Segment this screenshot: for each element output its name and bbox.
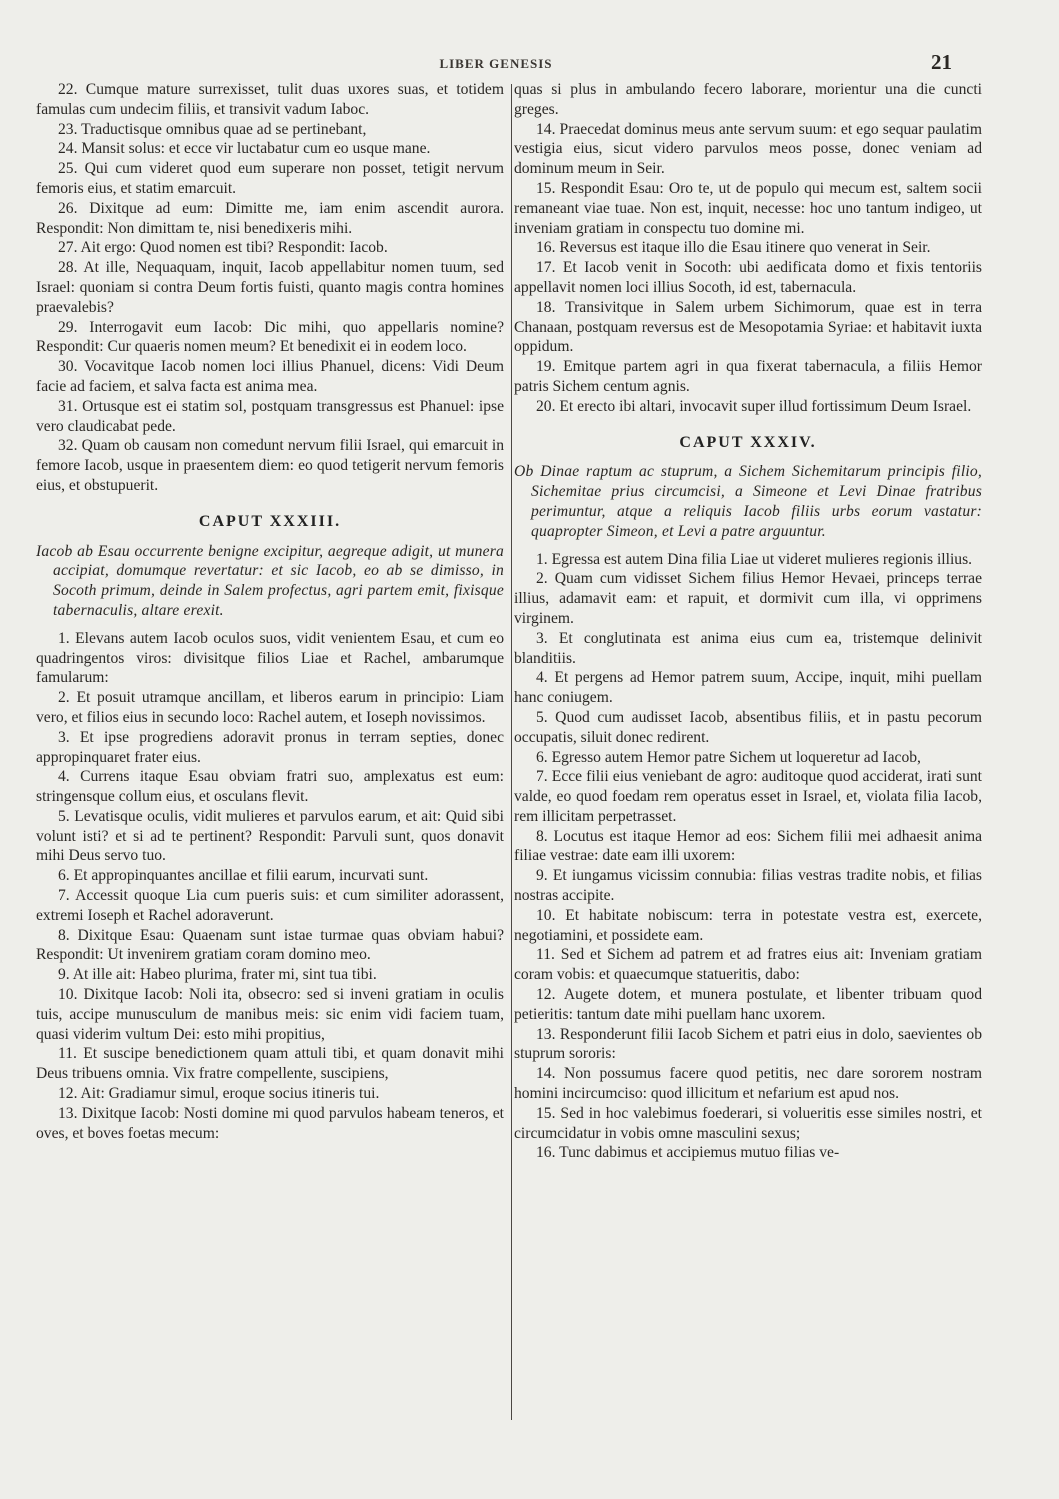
page-header: LIBER GENESIS 21 bbox=[40, 50, 952, 76]
verse-paragraph: 14. Praecedat dominus meus ante servum s… bbox=[514, 120, 982, 179]
verse-paragraph: 6. Et appropinquantes ancillae et filii … bbox=[36, 866, 504, 886]
verse-paragraph: 6. Egresso autem Hemor patre Sichem ut l… bbox=[514, 748, 982, 768]
verse-paragraph: 31. Ortusque est ei statim sol, postquam… bbox=[36, 397, 504, 437]
column-divider bbox=[511, 84, 512, 1420]
verse-paragraph: 16. Tunc dabimus et accipiemus mutuo fil… bbox=[514, 1143, 982, 1163]
page-number: 21 bbox=[931, 50, 952, 75]
verse-paragraph: 1. Egressa est autem Dina filia Liae ut … bbox=[514, 550, 982, 570]
verse-paragraph: 14. Non possumus facere quod petitis, ne… bbox=[514, 1064, 982, 1104]
verse-paragraph: 22. Cumque mature surrexisset, tulit dua… bbox=[36, 80, 504, 120]
verse-paragraph: 12. Augete dotem, et munera postulate, e… bbox=[514, 985, 982, 1025]
chapter-summary: Ob Dinae raptum ac stuprum, a Sichem Sic… bbox=[514, 462, 982, 541]
verse-paragraph: 1. Elevans autem Iacob oculos suos, vidi… bbox=[36, 629, 504, 688]
verse-paragraph: 7. Accessit quoque Lia cum pueris suis: … bbox=[36, 886, 504, 926]
verse-paragraph: 20. Et erecto ibi altari, invocavit supe… bbox=[514, 397, 982, 417]
verse-paragraph: 18. Transivitque in Salem urbem Sichimor… bbox=[514, 298, 982, 357]
verse-paragraph: 32. Quam ob causam non comedunt nervum f… bbox=[36, 436, 504, 495]
chapter-heading: CAPUT XXXIV. bbox=[514, 433, 982, 453]
verse-paragraph: 15. Sed in hoc valebimus foederari, si v… bbox=[514, 1104, 982, 1144]
chapter-heading: CAPUT XXXIII. bbox=[36, 512, 504, 532]
verse-paragraph: 15. Respondit Esau: Oro te, ut de populo… bbox=[514, 179, 982, 238]
verse-paragraph: 2. Et posuit utramque ancillam, et liber… bbox=[36, 688, 504, 728]
verse-paragraph: 11. Sed et Sichem ad patrem et ad fratre… bbox=[514, 945, 982, 985]
verse-paragraph: 16. Reversus est itaque illo die Esau it… bbox=[514, 238, 982, 258]
verse-paragraph: 13. Responderunt filii Iacob Sichem et p… bbox=[514, 1025, 982, 1065]
verse-paragraph: 5. Quod cum audisset Iacob, absentibus f… bbox=[514, 708, 982, 748]
verse-paragraph: 8. Locutus est itaque Hemor ad eos: Sich… bbox=[514, 827, 982, 867]
verse-paragraph: 29. Interrogavit eum Iacob: Dic mihi, qu… bbox=[36, 318, 504, 358]
verse-paragraph: 13. Dixitque Iacob: Nosti domine mi quod… bbox=[36, 1104, 504, 1144]
verse-paragraph: quas si plus in ambulando fecero laborar… bbox=[514, 80, 982, 120]
verse-paragraph: 9. At ille ait: Habeo plurima, frater mi… bbox=[36, 965, 504, 985]
verse-paragraph: 28. At ille, Nequaquam, inquit, Iacob ap… bbox=[36, 258, 504, 317]
right-column: quas si plus in ambulando fecero laborar… bbox=[514, 80, 982, 1163]
verse-paragraph: 23. Traductisque omnibus quae ad se pert… bbox=[36, 120, 504, 140]
verse-paragraph: 7. Ecce filii eius veniebant de agro: au… bbox=[514, 767, 982, 826]
verse-paragraph: 9. Et iungamus vicissim connubia: filias… bbox=[514, 866, 982, 906]
verse-paragraph: 10. Et habitate nobiscum: terra in potes… bbox=[514, 906, 982, 946]
verse-paragraph: 19. Emitque partem agri in qua fixerat t… bbox=[514, 357, 982, 397]
verse-paragraph: 8. Dixitque Esau: Quaenam sunt istae tur… bbox=[36, 926, 504, 966]
verse-paragraph: 30. Vocavitque Iacob nomen loci illius P… bbox=[36, 357, 504, 397]
verse-paragraph: 3. Et ipse progrediens adoravit pronus i… bbox=[36, 728, 504, 768]
verse-paragraph: 4. Currens itaque Esau obviam fratri suo… bbox=[36, 767, 504, 807]
chapter-summary: Iacob ab Esau occurrente benigne excipit… bbox=[36, 542, 504, 621]
verse-paragraph: 2. Quam cum vidisset Sichem filius Hemor… bbox=[514, 569, 982, 628]
verse-paragraph: 17. Et Iacob venit in Socoth: ubi aedifi… bbox=[514, 258, 982, 298]
left-column: 22. Cumque mature surrexisset, tulit dua… bbox=[36, 80, 504, 1143]
verse-paragraph: 4. Et pergens ad Hemor patrem suum, Acci… bbox=[514, 668, 982, 708]
verse-paragraph: 25. Qui cum videret quod eum superare no… bbox=[36, 159, 504, 199]
verse-paragraph: 5. Levatisque oculis, vidit mulieres et … bbox=[36, 807, 504, 866]
verse-paragraph: 3. Et conglutinata est anima eius cum ea… bbox=[514, 629, 982, 669]
verse-paragraph: 11. Et suscipe benedictionem quam attuli… bbox=[36, 1044, 504, 1084]
verse-paragraph: 10. Dixitque Iacob: Noli ita, obsecro: s… bbox=[36, 985, 504, 1044]
verse-paragraph: 24. Mansit solus: et ecce vir luctabatur… bbox=[36, 139, 504, 159]
verse-paragraph: 26. Dixitque ad eum: Dimitte me, iam eni… bbox=[36, 199, 504, 239]
verse-paragraph: 12. Ait: Gradiamur simul, eroque socius … bbox=[36, 1084, 504, 1104]
verse-paragraph: 27. Ait ergo: Quod nomen est tibi? Respo… bbox=[36, 238, 504, 258]
text-columns: 22. Cumque mature surrexisset, tulit dua… bbox=[36, 80, 956, 1425]
running-title: LIBER GENESIS bbox=[40, 56, 952, 72]
